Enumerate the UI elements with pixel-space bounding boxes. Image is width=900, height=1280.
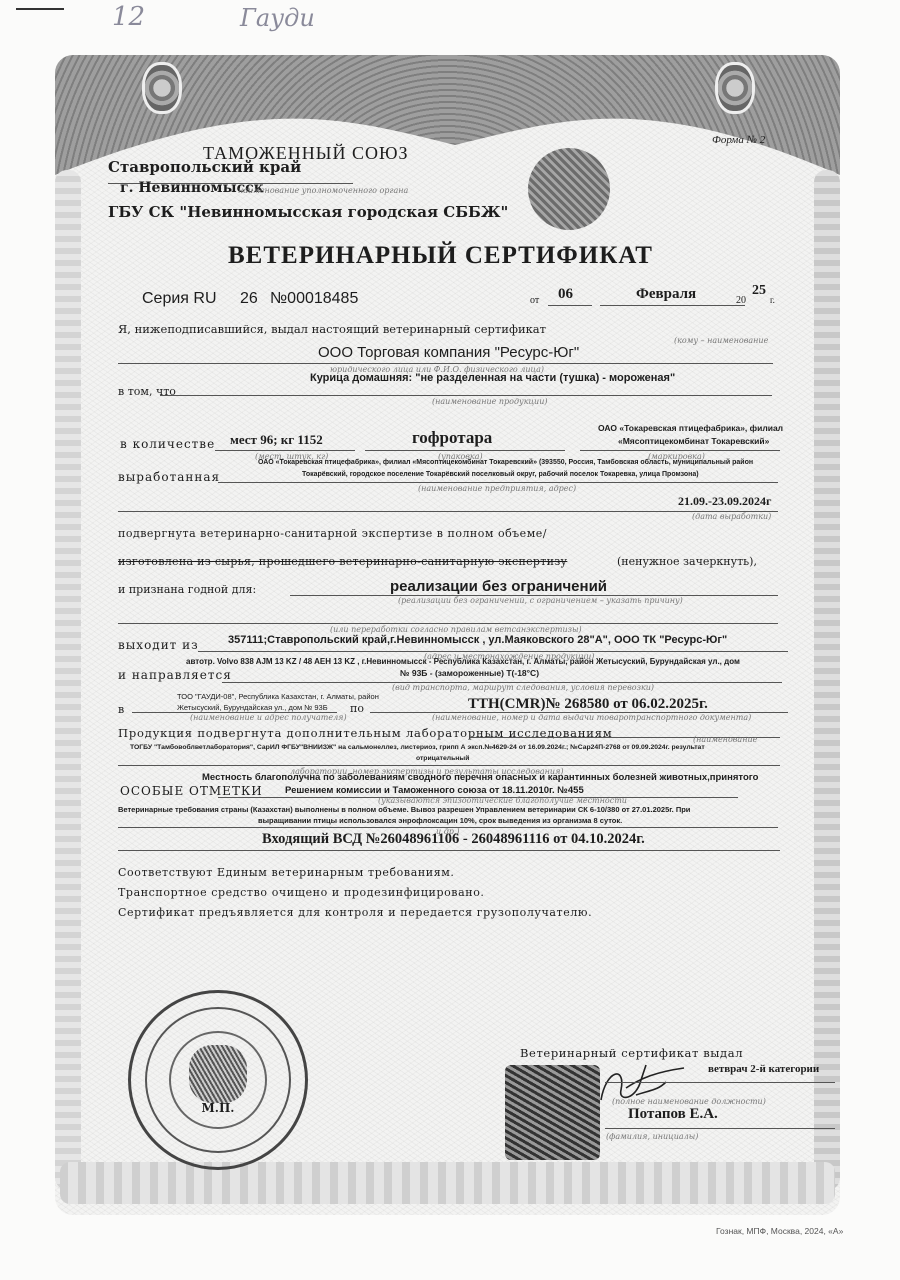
stamp-mp: М.П. xyxy=(131,1101,305,1115)
production-date-caption: (дата выработки) xyxy=(692,512,771,521)
date-year-prefix: 20 xyxy=(736,295,746,306)
issuer-region: Ставропольский край xyxy=(108,158,301,176)
pen-mark xyxy=(16,8,64,10)
handwritten-note: Гауди xyxy=(240,4,315,32)
date-year: 25 xyxy=(752,283,766,299)
transport-line-2: № 93Б - (замороженные) T(-18°C) xyxy=(400,668,539,678)
producer-caption: (наименование предприятия, адрес) xyxy=(418,484,576,493)
hologram-seal-icon xyxy=(528,148,610,230)
quantity-label: в количестве xyxy=(120,437,215,451)
expertise-line-2-struck: изготовлена из сырья, прошедшего ветерин… xyxy=(118,555,567,568)
product-name: Курица домашняя: "не разделенная на част… xyxy=(310,372,675,384)
statement-2: Транспортное средство очищено и продезин… xyxy=(118,886,485,899)
marking-line-1: ОАО «Токаревская птицефабрика», филиал xyxy=(598,423,783,433)
special-caption: (указываются эпизоотические благополучие… xyxy=(378,796,627,805)
series-label: Серия RU xyxy=(142,290,217,308)
guilloche-left-band xyxy=(55,170,81,1190)
rules-caption: (или переработки согласно правилам ветса… xyxy=(330,625,582,634)
transport-document-caption: (наименование, номер и дата выдачи товар… xyxy=(432,713,751,722)
quantity-value: мест 96; кг 1152 xyxy=(230,432,323,448)
destination-line-2: Жетысуский, Бурундайская ул., дом № 93Б xyxy=(177,703,328,712)
destination-line-1: ТОО "ГАУДИ-08", Республика Казахстан, г.… xyxy=(177,692,379,701)
signer-name: Потапов Е.А. xyxy=(628,1106,718,1123)
destination-caption: (наименование и адрес получателя) xyxy=(190,713,347,722)
signer-position: ветврач 2-й категории xyxy=(708,1063,819,1075)
expertise-strike-note: (ненужное зачеркнуть), xyxy=(617,555,757,568)
special-line-2: Решением комиссии и Таможенного союза от… xyxy=(285,785,584,796)
guilloche-bottom-band xyxy=(60,1162,835,1204)
issuer-city-caption: наименование уполномоченного органа xyxy=(238,186,408,195)
from-address: 357111;Ставропольский край,г.Невинномысс… xyxy=(228,634,727,646)
coat-of-arms-icon xyxy=(189,1045,247,1103)
official-stamp: М.П. xyxy=(128,990,308,1170)
handwritten-number: 12 xyxy=(112,2,145,32)
date-prefix: от xyxy=(530,295,539,306)
special-line-3: Ветеринарные требования страны (Казахста… xyxy=(118,805,690,814)
issued-by-label: Ветеринарный сертификат выдал xyxy=(520,1046,743,1060)
printer-imprint: Гознак, МПФ, Москва, 2024, «А» xyxy=(716,1226,843,1236)
name-caption: (фамилия, инициалы) xyxy=(606,1132,698,1141)
transport-document: ТТН(CMR)№ 268580 от 06.02.2025г. xyxy=(468,696,708,713)
producer-line-1: ОАО «Токаревская птицефабрика», филиал «… xyxy=(258,459,753,466)
lab-line-2: отрицательный xyxy=(416,755,469,762)
from-label: выходит из xyxy=(118,638,199,652)
fit-label: и признана годной для: xyxy=(118,583,256,596)
issued-intro: Я, нижеподписавшийся, выдал настоящий ве… xyxy=(118,322,546,336)
product-caption: (наименование продукции) xyxy=(432,397,547,406)
rosette-right-icon xyxy=(715,62,755,114)
packaging-value: гофротара xyxy=(412,428,492,448)
statement-3: Сертификат предъявляется для контроля и … xyxy=(118,906,592,919)
special-notes-label: ОСОБЫЕ ОТМЕТКИ xyxy=(120,784,263,798)
form-number: Форма № 2 xyxy=(712,134,765,146)
recipient-caption-right: (кому – наименование xyxy=(674,336,768,345)
transport-line-1: автотр. Volvo 838 AJM 13 KZ / 48 AEH 13 … xyxy=(186,657,740,666)
special-line-4: выращивании птицы использовался энрофлок… xyxy=(258,816,622,825)
fit-caption: (реализации без ограничений, с ограничен… xyxy=(398,596,683,605)
lab-caption-right: (наименование xyxy=(693,735,757,744)
to-label: и направляется xyxy=(118,668,232,682)
destination-label: в xyxy=(118,703,124,716)
lab-line-1: ТОГБУ "Тамбовоблветлаборатория", СарИЛ Ф… xyxy=(130,744,705,751)
transport-caption: (вид транспорта, маршрут следования, усл… xyxy=(392,683,654,692)
that-label: в том, что xyxy=(118,385,176,398)
issuer-institution: ГБУ СК "Невинномысская городская СББЖ" xyxy=(108,203,508,221)
fit-value: реализации без ограничений xyxy=(390,578,607,595)
guilloche-right-band xyxy=(814,170,840,1190)
document-by-label: по xyxy=(350,702,364,715)
date-year-unit: г. xyxy=(770,295,775,305)
document-title: ВЕТЕРИНАРНЫЙ СЕРТИФИКАТ xyxy=(228,242,653,270)
producer-label: выработанная xyxy=(118,470,220,484)
incoming-vsd: Входящий ВСД №26048961106 - 26048961116 … xyxy=(262,831,645,848)
rosette-left-icon xyxy=(142,62,182,114)
production-date: 21.09.-23.09.2024г xyxy=(678,494,771,509)
date-month: Февраля xyxy=(636,286,696,303)
position-caption: (полное наименование должности) xyxy=(612,1097,766,1106)
series-region-code: 26 xyxy=(240,290,258,308)
qr-code-icon xyxy=(505,1065,600,1160)
special-line-1: Местность благополучна по заболеваниям с… xyxy=(202,772,758,783)
producer-line-2: Токарёвский, городское поселение Токарёв… xyxy=(302,471,699,478)
date-day: 06 xyxy=(558,286,573,303)
recipient-name: ООО Торговая компания "Ресурс-Юг" xyxy=(318,344,579,361)
statement-1: Соответствуют Единым ветеринарным требов… xyxy=(118,866,455,879)
expertise-line-1: подвергнута ветеринарно-санитарной экспе… xyxy=(118,527,547,540)
marking-line-2: «Мясоптицекомбинат Токаревский» xyxy=(618,436,769,446)
certificate-number: №00018485 xyxy=(270,290,358,308)
